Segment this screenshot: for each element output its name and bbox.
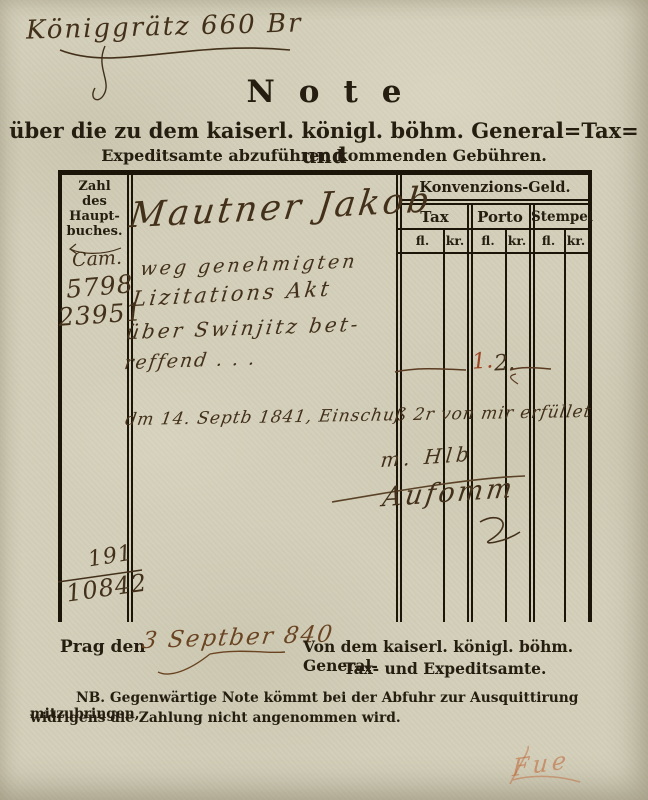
grid-vline (564, 230, 566, 622)
subtitle-line-2: Expeditsamte abzuführen kommenden Gebühr… (0, 146, 648, 165)
ledger-header-line: des (63, 194, 126, 209)
ledger-header-line: Zahl (63, 179, 126, 194)
grid-vline (443, 230, 445, 622)
grid-hline (398, 228, 588, 230)
subcol-tax-kr: kr. (443, 233, 467, 248)
page-title: Note (0, 74, 648, 110)
ledger-header-line: Haupt- (63, 209, 126, 224)
amount-porto-fl: 1. (471, 348, 494, 374)
table-border-top (58, 170, 592, 175)
table-border-left (58, 170, 62, 622)
subcol-stempel-fl: fl. (533, 233, 564, 248)
subcol-porto-fl: fl. (471, 233, 505, 248)
subcol-stempel-kr: kr. (564, 233, 588, 248)
red-clerk-mark-flourish (500, 744, 590, 794)
grid-vline (396, 175, 398, 622)
amount-dash-left (393, 364, 468, 376)
place-label: Prag den (60, 637, 146, 657)
fee-column-porto: Porto (471, 208, 529, 226)
subcol-porto-kr: kr. (505, 233, 529, 248)
ledger-entry-section: Cam. (71, 247, 122, 272)
fee-column-stempel: Stempel (531, 209, 590, 225)
ledger-column-header: Zahl des Haupt- buches. (63, 179, 126, 239)
table-border-right (588, 170, 592, 622)
document-page: Königgrätz 660 Br Note über die zu dem k… (0, 0, 648, 800)
issuer-line-2: Tax- und Expeditsamte. (320, 659, 570, 678)
nb-note-line-2: widrigens die Zahlung nicht angenommen w… (30, 710, 625, 726)
date-flourish (150, 652, 290, 682)
grid-vline (505, 230, 507, 622)
fees-table: Zahl des Haupt- buches. Konvenzions-Geld… (58, 170, 592, 622)
grid-hline (398, 252, 588, 254)
amount-dash-right (508, 362, 553, 386)
subcol-tax-fl: fl. (402, 233, 443, 248)
ledger-header-line: buches. (63, 224, 126, 239)
